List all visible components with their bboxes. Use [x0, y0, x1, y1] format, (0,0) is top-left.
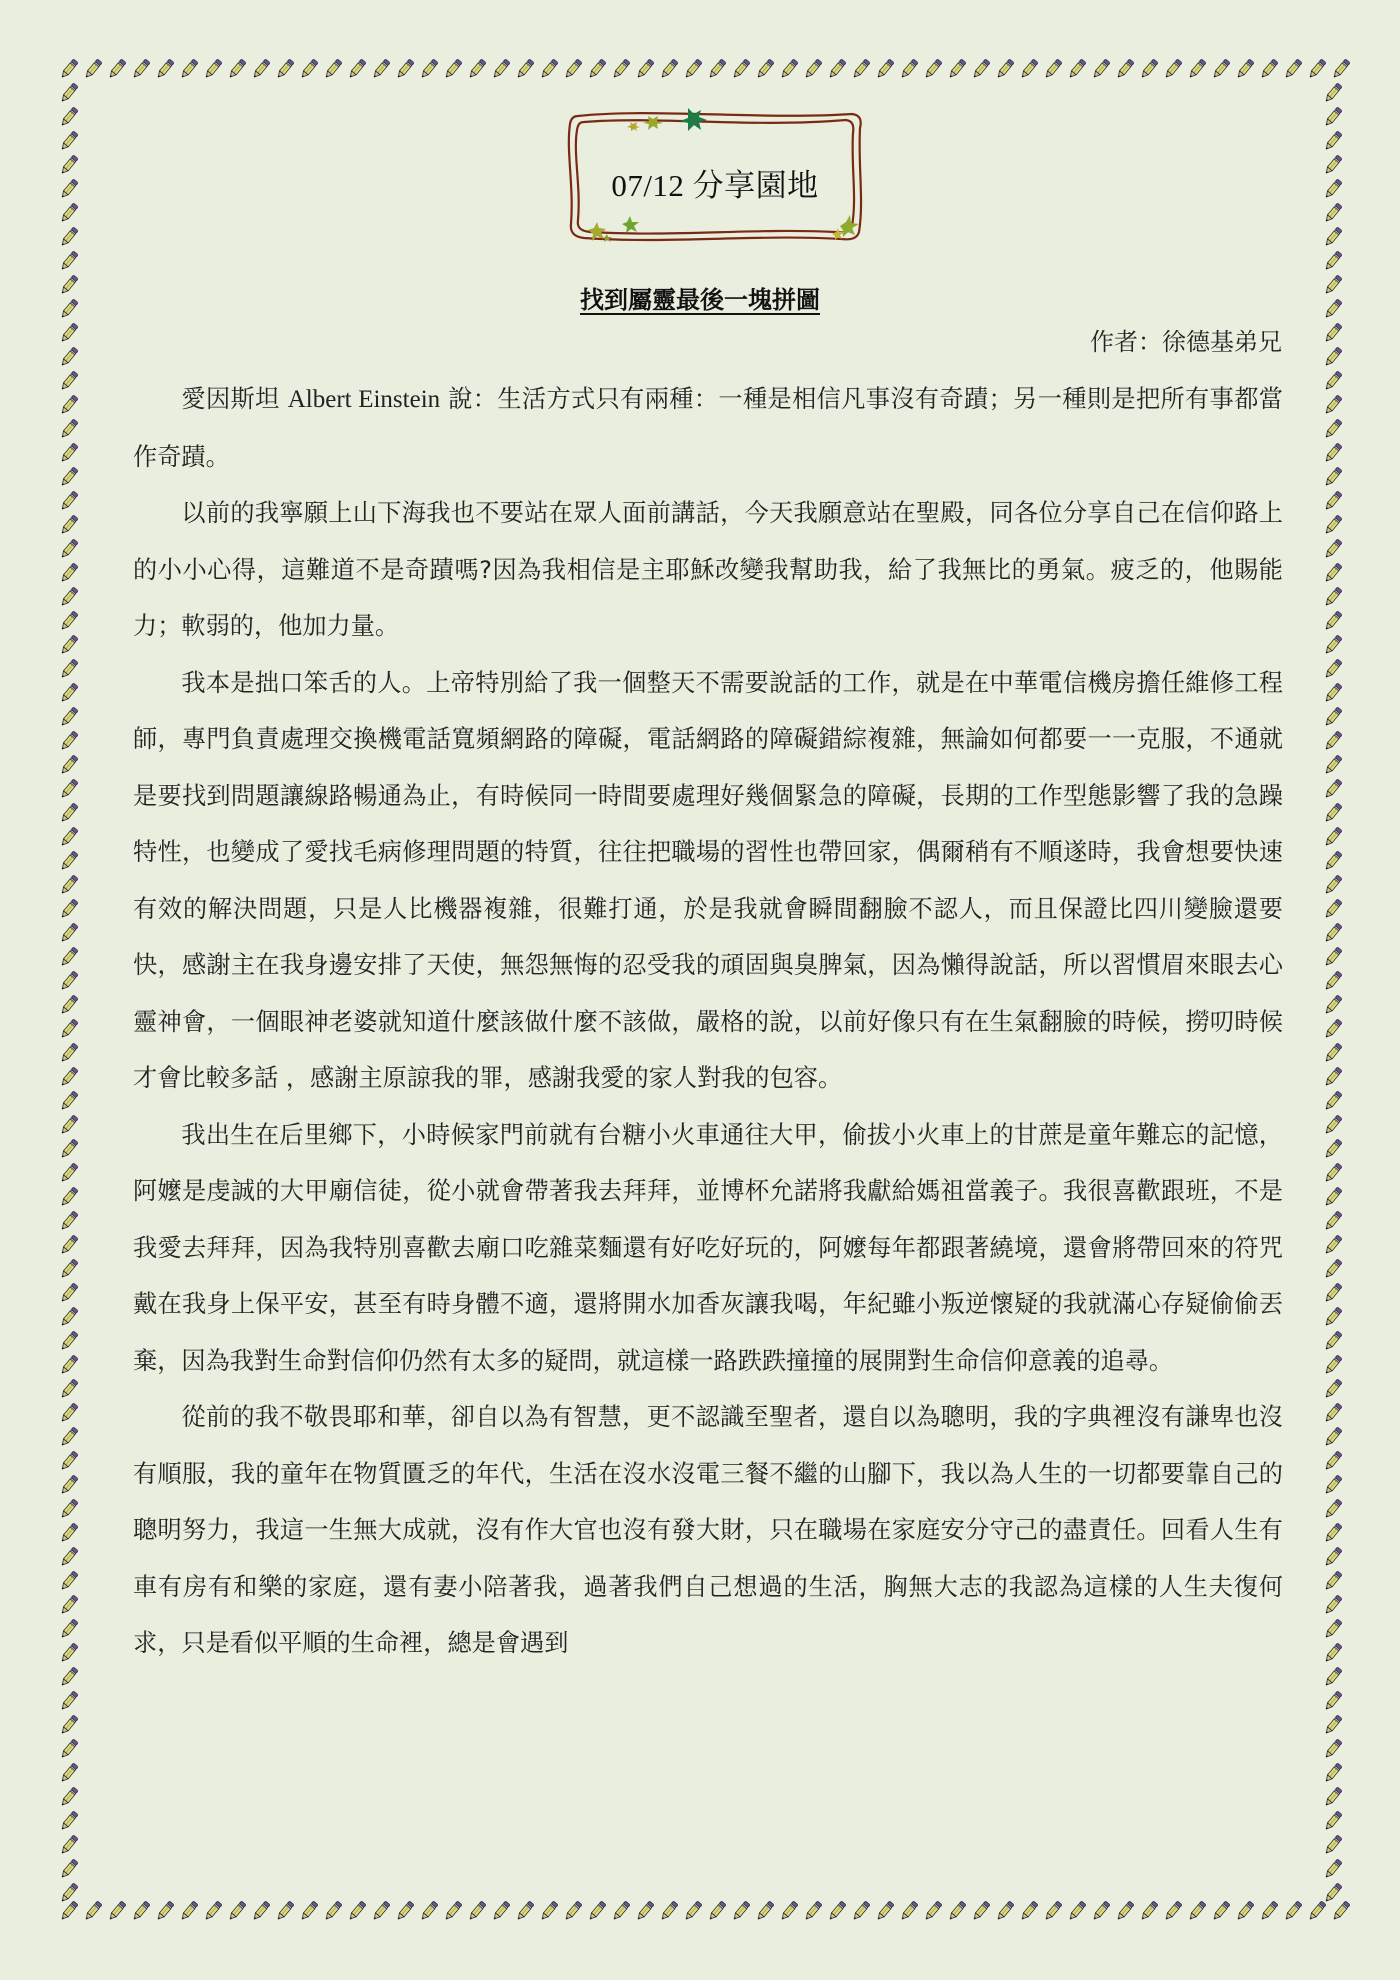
pencil-icon [1321, 633, 1345, 657]
paragraph-4: 我出生在后里鄉下，小時候家門前就有台糖小火車通往大甲，偷拔小火車上的甘蔗是童年難… [133, 1107, 1283, 1390]
pencil-icon [561, 57, 585, 81]
pencil-icon [1321, 1209, 1345, 1233]
pencil-icon [1321, 897, 1345, 921]
pencil-icon [633, 1899, 657, 1923]
pencil-icon [1321, 1809, 1345, 1833]
pencil-icon [321, 57, 345, 81]
pencil-icon [1321, 1353, 1345, 1377]
pencil-icon [57, 1545, 81, 1569]
pencil-icon [57, 177, 81, 201]
pencil-icon [1321, 1161, 1345, 1185]
pencil-icon [57, 369, 81, 393]
pencil-icon [1281, 57, 1305, 81]
pencil-icon [1321, 1305, 1345, 1329]
pencil-icon [513, 1899, 537, 1923]
pencil-icon [57, 1209, 81, 1233]
pencil-icon [393, 57, 417, 81]
pencil-icon [57, 1137, 81, 1161]
pencil-icon [825, 1899, 849, 1923]
pencil-icon [273, 1899, 297, 1923]
pencil-icon [1321, 993, 1345, 1017]
pencil-icon [57, 801, 81, 825]
pencil-icon [969, 1899, 993, 1923]
pencil-icon [1321, 585, 1345, 609]
pencil-icon [1065, 1899, 1089, 1923]
pencil-icon [1209, 1899, 1233, 1923]
pencil-icon [753, 1899, 777, 1923]
pencil-icon [249, 57, 273, 81]
pencil-icon [57, 513, 81, 537]
pencil-icon [57, 1761, 81, 1785]
article-body: 愛因斯坦 Albert Einstein 說：生活方式只有兩種：一種是相信凡事沒… [133, 371, 1283, 1672]
pencil-icon [57, 561, 81, 585]
pencil-icon [1329, 57, 1353, 81]
pencil-icon [1321, 177, 1345, 201]
pencil-icon [705, 57, 729, 81]
pencil-icon [81, 1899, 105, 1923]
pencil-icon [345, 1899, 369, 1923]
pencil-icon [57, 1665, 81, 1689]
pencil-icon [1321, 513, 1345, 537]
pencil-icon [1113, 57, 1137, 81]
paragraph-1-intro: 愛因斯坦 [181, 385, 287, 413]
pencil-icon [57, 417, 81, 441]
pencil-icon [129, 1899, 153, 1923]
title-frame: 07/12 分享園地 [560, 106, 870, 246]
pencil-icon [1321, 969, 1345, 993]
pencil-icon [609, 57, 633, 81]
pencil-icon [1321, 1713, 1345, 1737]
pencil-icon [657, 57, 681, 81]
pencil-icon [57, 1857, 81, 1881]
pencil-icon [57, 105, 81, 129]
pencil-icon [681, 57, 705, 81]
pencil-icon [57, 969, 81, 993]
pencil-icon [57, 897, 81, 921]
pencil-icon [1161, 1899, 1185, 1923]
pencil-icon [57, 1185, 81, 1209]
pencil-icon [273, 57, 297, 81]
pencil-icon [1321, 1737, 1345, 1761]
pencil-icon [57, 1065, 81, 1089]
pencil-icon [921, 57, 945, 81]
pencil-icon [1321, 1521, 1345, 1545]
pencil-icon [57, 537, 81, 561]
pencil-icon [1089, 57, 1113, 81]
pencil-icon [873, 57, 897, 81]
pencil-icon [1321, 1761, 1345, 1785]
pencil-icon [1321, 465, 1345, 489]
pencil-icon [57, 1017, 81, 1041]
pencil-icon [1321, 1833, 1345, 1857]
pencil-icon [57, 585, 81, 609]
pencil-icon [1321, 201, 1345, 225]
pencil-icon [1321, 657, 1345, 681]
pencil-border-left [57, 81, 81, 1905]
pencil-icon [993, 57, 1017, 81]
pencil-icon [57, 777, 81, 801]
pencil-icon [777, 1899, 801, 1923]
pencil-icon [1321, 753, 1345, 777]
pencil-icon [57, 345, 81, 369]
pencil-icon [57, 1737, 81, 1761]
pencil-icon [57, 1785, 81, 1809]
pencil-icon [105, 1899, 129, 1923]
pencil-icon [249, 1899, 273, 1923]
pencil-icon [57, 465, 81, 489]
pencil-icon [57, 489, 81, 513]
pencil-icon [993, 1899, 1017, 1923]
pencil-icon [1321, 1041, 1345, 1065]
pencil-icon [441, 57, 465, 81]
pencil-icon [1017, 57, 1041, 81]
pencil-icon [1321, 345, 1345, 369]
paragraph-5: 從前的我不敬畏耶和華，卻自以為有智慧，更不認識至聖者，還自以為聰明，我的字典裡沒… [133, 1389, 1283, 1672]
pencil-icon [57, 1041, 81, 1065]
pencil-icon [561, 1899, 585, 1923]
pencil-icon [57, 729, 81, 753]
pencil-icon [1137, 1899, 1161, 1923]
pencil-icon [777, 57, 801, 81]
pencil-icon [1321, 681, 1345, 705]
pencil-icon [417, 57, 441, 81]
pencil-icon [1041, 1899, 1065, 1923]
pencil-icon [1257, 57, 1281, 81]
pencil-border-bottom [57, 1899, 1353, 1923]
pencil-icon [1321, 1089, 1345, 1113]
pencil-icon [801, 1899, 825, 1923]
pencil-icon [1321, 129, 1345, 153]
paragraph-1: 愛因斯坦 Albert Einstein 說：生活方式只有兩種：一種是相信凡事沒… [133, 371, 1283, 485]
pencil-icon [57, 1113, 81, 1137]
article-title: 找到屬靈最後一塊拼圖 [0, 280, 1400, 315]
pencil-icon [417, 1899, 441, 1923]
pencil-icon [225, 57, 249, 81]
pencil-icon [513, 57, 537, 81]
pencil-icon [57, 441, 81, 465]
pencil-icon [1321, 825, 1345, 849]
pencil-icon [57, 1473, 81, 1497]
pencil-icon [1185, 57, 1209, 81]
pencil-icon [873, 1899, 897, 1923]
pencil-icon [201, 1899, 225, 1923]
pencil-icon [57, 1449, 81, 1473]
pencil-icon [1321, 945, 1345, 969]
pencil-icon [1321, 1185, 1345, 1209]
pencil-icon [57, 129, 81, 153]
pencil-icon [1017, 1899, 1041, 1923]
pencil-icon [849, 1899, 873, 1923]
pencil-icon [1321, 1425, 1345, 1449]
pencil-icon [57, 873, 81, 897]
pencil-icon [57, 633, 81, 657]
pencil-icon [57, 1713, 81, 1737]
pencil-icon [57, 1089, 81, 1113]
pencil-icon [1321, 1329, 1345, 1353]
pencil-border-top [57, 57, 1353, 81]
pencil-icon [1321, 1377, 1345, 1401]
pencil-icon [1305, 57, 1329, 81]
pencil-icon [1321, 321, 1345, 345]
pencil-icon [945, 1899, 969, 1923]
pencil-icon [57, 201, 81, 225]
pencil-icon [1321, 1473, 1345, 1497]
pencil-icon [1233, 1899, 1257, 1923]
pencil-icon [57, 681, 81, 705]
pencil-icon [57, 1257, 81, 1281]
pencil-icon [1041, 57, 1065, 81]
author-byline: 作者：徐德基弟兄 [1090, 322, 1282, 357]
pencil-icon [57, 753, 81, 777]
pencil-icon [57, 1425, 81, 1449]
pencil-icon [1321, 873, 1345, 897]
pencil-icon [609, 1899, 633, 1923]
pencil-icon [57, 705, 81, 729]
pencil-icon [57, 993, 81, 1017]
pencil-icon [57, 1617, 81, 1641]
pencil-icon [1321, 1689, 1345, 1713]
pencil-icon [1321, 1257, 1345, 1281]
pencil-icon [57, 1881, 81, 1905]
pencil-icon [921, 1899, 945, 1923]
pencil-icon [537, 1899, 561, 1923]
pencil-icon [369, 1899, 393, 1923]
pencil-icon [585, 57, 609, 81]
pencil-icon [57, 1281, 81, 1305]
pencil-icon [1113, 1899, 1137, 1923]
pencil-icon [1321, 1785, 1345, 1809]
pencil-icon [1321, 1137, 1345, 1161]
pencil-icon [1321, 81, 1345, 105]
pencil-icon [57, 1833, 81, 1857]
pencil-icon [1321, 729, 1345, 753]
pencil-icon [57, 657, 81, 681]
pencil-icon [1321, 561, 1345, 585]
pencil-icon [441, 1899, 465, 1923]
page-title: 07/12 分享園地 [560, 160, 870, 205]
pencil-icon [1321, 1881, 1345, 1905]
pencil-icon [57, 153, 81, 177]
pencil-icon [1321, 1281, 1345, 1305]
pencil-icon [801, 57, 825, 81]
pencil-icon [57, 1233, 81, 1257]
pencil-icon [1281, 1899, 1305, 1923]
pencil-border-right [1321, 81, 1345, 1905]
pencil-icon [1321, 1017, 1345, 1041]
pencil-icon [57, 393, 81, 417]
pencil-icon [105, 57, 129, 81]
pencil-icon [177, 1899, 201, 1923]
pencil-icon [57, 849, 81, 873]
pencil-icon [1321, 1857, 1345, 1881]
pencil-icon [1161, 57, 1185, 81]
pencil-icon [321, 1899, 345, 1923]
pencil-icon [57, 249, 81, 273]
pencil-icon [969, 57, 993, 81]
einstein-name: Albert Einstein [288, 386, 440, 413]
pencil-icon [57, 1305, 81, 1329]
pencil-icon [465, 57, 489, 81]
pencil-icon [1321, 153, 1345, 177]
paragraph-2: 以前的我寧願上山下海我也不要站在眾人面前講話，今天我願意站在聖殿，同各位分享自己… [133, 485, 1283, 655]
pencil-icon [57, 1569, 81, 1593]
pencil-icon [1321, 1569, 1345, 1593]
pencil-icon [489, 57, 513, 81]
pencil-icon [657, 1899, 681, 1923]
pencil-icon [297, 57, 321, 81]
pencil-icon [1321, 1665, 1345, 1689]
pencil-icon [1321, 849, 1345, 873]
pencil-icon [57, 1329, 81, 1353]
pencil-icon [705, 1899, 729, 1923]
pencil-icon [1321, 777, 1345, 801]
pencil-icon [57, 609, 81, 633]
pencil-icon [1089, 1899, 1113, 1923]
pencil-icon [729, 57, 753, 81]
pencil-icon [1321, 1545, 1345, 1569]
pencil-icon [177, 57, 201, 81]
pencil-icon [681, 1899, 705, 1923]
pencil-icon [1321, 1401, 1345, 1425]
pencil-icon [1257, 1899, 1281, 1923]
pencil-icon [1065, 57, 1089, 81]
pencil-icon [1233, 57, 1257, 81]
pencil-icon [849, 57, 873, 81]
pencil-icon [897, 1899, 921, 1923]
pencil-icon [57, 321, 81, 345]
pencil-icon [225, 1899, 249, 1923]
pencil-icon [1321, 369, 1345, 393]
pencil-icon [489, 1899, 513, 1923]
pencil-icon [1321, 1449, 1345, 1473]
pencil-icon [1321, 393, 1345, 417]
pencil-icon [57, 1161, 81, 1185]
pencil-icon [57, 1353, 81, 1377]
pencil-icon [1185, 1899, 1209, 1923]
pencil-icon [201, 57, 225, 81]
pencil-icon [1321, 1065, 1345, 1089]
pencil-icon [1321, 1497, 1345, 1521]
pencil-icon [1137, 57, 1161, 81]
pencil-icon [1321, 1617, 1345, 1641]
pencil-icon [57, 81, 81, 105]
pencil-icon [345, 57, 369, 81]
pencil-icon [57, 1401, 81, 1425]
pencil-icon [57, 945, 81, 969]
pencil-icon [1321, 801, 1345, 825]
pencil-icon [57, 1521, 81, 1545]
pencil-icon [81, 57, 105, 81]
pencil-icon [57, 921, 81, 945]
pencil-icon [825, 57, 849, 81]
pencil-icon [1321, 1593, 1345, 1617]
pencil-icon [393, 1899, 417, 1923]
pencil-icon [57, 825, 81, 849]
pencil-icon [729, 1899, 753, 1923]
pencil-icon [1321, 489, 1345, 513]
pencil-icon [57, 1377, 81, 1401]
pencil-icon [1321, 441, 1345, 465]
pencil-icon [945, 57, 969, 81]
pencil-icon [585, 1899, 609, 1923]
pencil-icon [1321, 1113, 1345, 1137]
pencil-icon [57, 1641, 81, 1665]
pencil-icon [129, 57, 153, 81]
pencil-icon [1321, 537, 1345, 561]
pencil-icon [57, 1689, 81, 1713]
pencil-icon [1321, 249, 1345, 273]
pencil-icon [57, 1593, 81, 1617]
pencil-icon [57, 57, 81, 81]
pencil-icon [1321, 417, 1345, 441]
pencil-icon [153, 57, 177, 81]
pencil-icon [297, 1899, 321, 1923]
pencil-icon [1209, 57, 1233, 81]
pencil-icon [369, 57, 393, 81]
pencil-icon [465, 1899, 489, 1923]
pencil-icon [537, 57, 561, 81]
pencil-icon [57, 1497, 81, 1521]
pencil-icon [1321, 225, 1345, 249]
pencil-icon [57, 1809, 81, 1833]
pencil-icon [753, 57, 777, 81]
pencil-icon [1321, 609, 1345, 633]
pencil-icon [153, 1899, 177, 1923]
pencil-icon [633, 57, 657, 81]
pencil-icon [1321, 1641, 1345, 1665]
pencil-icon [1321, 1233, 1345, 1257]
pencil-icon [1321, 105, 1345, 129]
pencil-icon [1321, 705, 1345, 729]
pencil-icon [57, 225, 81, 249]
paragraph-3: 我本是拙口笨舌的人。上帝特別給了我一個整天不需要說話的工作，就是在中華電信機房擔… [133, 655, 1283, 1107]
pencil-icon [1321, 921, 1345, 945]
pencil-icon [897, 57, 921, 81]
